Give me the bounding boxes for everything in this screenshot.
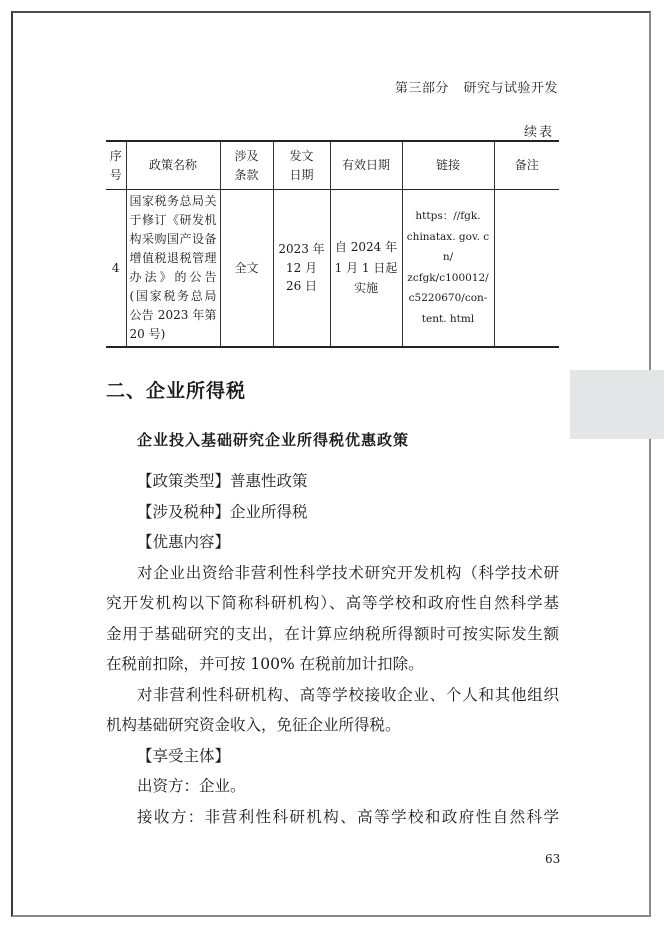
link-line[interactable]: chinatax. gov. cn/ bbox=[406, 227, 491, 268]
header-clause-line: 条款 bbox=[234, 168, 258, 182]
header-note: 备注 bbox=[494, 141, 559, 190]
issue-date-line: 12 月 26 日 bbox=[286, 261, 317, 294]
policy-name-line: 增值税退税管理 bbox=[130, 249, 217, 268]
policy-name-line: 公告 2023 年第 bbox=[130, 306, 217, 325]
table-header-row: 序 号 政策名称 涉及 条款 发文 日期 有效日期 链接 备注 bbox=[106, 141, 559, 190]
header-clause-line: 涉及 bbox=[234, 149, 258, 163]
header-issue-date-line: 发文 bbox=[289, 149, 313, 163]
table-continuation-label: 续表 bbox=[524, 121, 554, 140]
policy-name-line: 构采购国产设备 bbox=[130, 230, 217, 249]
cell-link[interactable]: https：//fgk. chinatax. gov. cn/ zcfgk/c1… bbox=[402, 190, 494, 347]
policy-title: 企业投入基础研究企业所得税优惠政策 bbox=[137, 429, 409, 450]
benefit-paragraph-2-line: 对非营利性科研机构、高等学校接收企业、个人和其他组织 bbox=[106, 680, 559, 711]
cell-note bbox=[494, 190, 559, 347]
benefit-label: 【优惠内容】 bbox=[106, 527, 559, 558]
header-issue-date-line: 日期 bbox=[289, 168, 313, 182]
cell-issue-date: 2023 年 12 月 26 日 bbox=[273, 190, 330, 347]
funder-line: 出资方：企业。 bbox=[106, 771, 559, 802]
chapter-side-tab bbox=[570, 370, 664, 439]
subject-label: 【享受主体】 bbox=[106, 741, 559, 772]
header-clause: 涉及 条款 bbox=[220, 141, 273, 190]
policy-body: 【政策类型】普惠性政策 【涉及税种】企业所得税 【优惠内容】 对企业出资给非营利… bbox=[106, 466, 559, 832]
policy-name-line: 于修订《研发机 bbox=[130, 211, 217, 230]
header-seq-line: 序 bbox=[110, 149, 122, 163]
issue-date-line: 2023 年 bbox=[278, 242, 324, 256]
policy-type-value: 普惠性政策 bbox=[230, 472, 308, 490]
benefit-paragraph-1-line: 金用于基础研究的支出，在计算应纳税所得额时可按实际发生额 bbox=[106, 619, 559, 650]
page-number: 63 bbox=[545, 852, 560, 866]
policy-name-line: 20 号) bbox=[130, 325, 217, 344]
benefit-paragraph-1-line: 究开发机构以下简称科研机构）、高等学校和政府性自然科学基 bbox=[106, 588, 559, 619]
cell-seq: 4 bbox=[106, 190, 126, 347]
benefit-paragraph-1-line: 在税前扣除，并可按 100% 在税前加计扣除。 bbox=[106, 649, 559, 680]
running-header-part: 第三部分 bbox=[395, 81, 449, 96]
tax-type-line: 【涉及税种】企业所得税 bbox=[106, 497, 559, 528]
link-line[interactable]: zcfgk/c100012/ bbox=[406, 268, 491, 288]
policy-name-line: 办法》的公告 bbox=[130, 268, 217, 287]
recipient-line: 接收方：非营利性科研机构、高等学校和政府性自然科学 bbox=[106, 802, 559, 833]
policy-name-line: (国家税务总局 bbox=[130, 287, 217, 306]
header-link: 链接 bbox=[402, 141, 494, 190]
benefit-paragraph-2-line: 机构基础研究资金收入，免征企业所得税。 bbox=[106, 710, 559, 741]
running-header: 第三部分 研究与试验开发 bbox=[395, 77, 558, 96]
policy-name-line: 国家税务总局关 bbox=[130, 192, 217, 211]
policy-table: 序 号 政策名称 涉及 条款 发文 日期 有效日期 链接 备注 4 国家税务总局… bbox=[106, 140, 559, 348]
link-line[interactable]: tent. html bbox=[406, 309, 491, 329]
cell-clause: 全文 bbox=[220, 190, 273, 347]
link-line[interactable]: https：//fgk. bbox=[406, 206, 491, 226]
benefit-paragraph-1-line: 对企业出资给非营利性科学技术研究开发机构（科学技术研 bbox=[106, 558, 559, 589]
link-line[interactable]: c5220670/con- bbox=[406, 288, 491, 308]
header-seq-line: 号 bbox=[110, 168, 122, 182]
tax-type-label: 【涉及税种】 bbox=[137, 503, 230, 521]
cell-valid-date: 自 2024 年 1 月 1 日起实施 bbox=[330, 190, 402, 347]
header-seq: 序 号 bbox=[106, 141, 126, 190]
tax-type-value: 企业所得税 bbox=[230, 503, 308, 521]
header-issue-date: 发文 日期 bbox=[273, 141, 330, 190]
policy-type-line: 【政策类型】普惠性政策 bbox=[106, 466, 559, 497]
policy-type-label: 【政策类型】 bbox=[137, 472, 230, 490]
section-title: 二、企业所得税 bbox=[106, 376, 246, 403]
table-row: 4 国家税务总局关 于修订《研发机 构采购国产设备 增值税退税管理 办法》的公告… bbox=[106, 190, 559, 347]
running-header-chapter: 研究与试验开发 bbox=[463, 81, 558, 96]
cell-policy-name: 国家税务总局关 于修订《研发机 构采购国产设备 增值税退税管理 办法》的公告 (… bbox=[126, 190, 220, 347]
header-valid-date: 有效日期 bbox=[330, 141, 402, 190]
header-name: 政策名称 bbox=[126, 141, 220, 190]
